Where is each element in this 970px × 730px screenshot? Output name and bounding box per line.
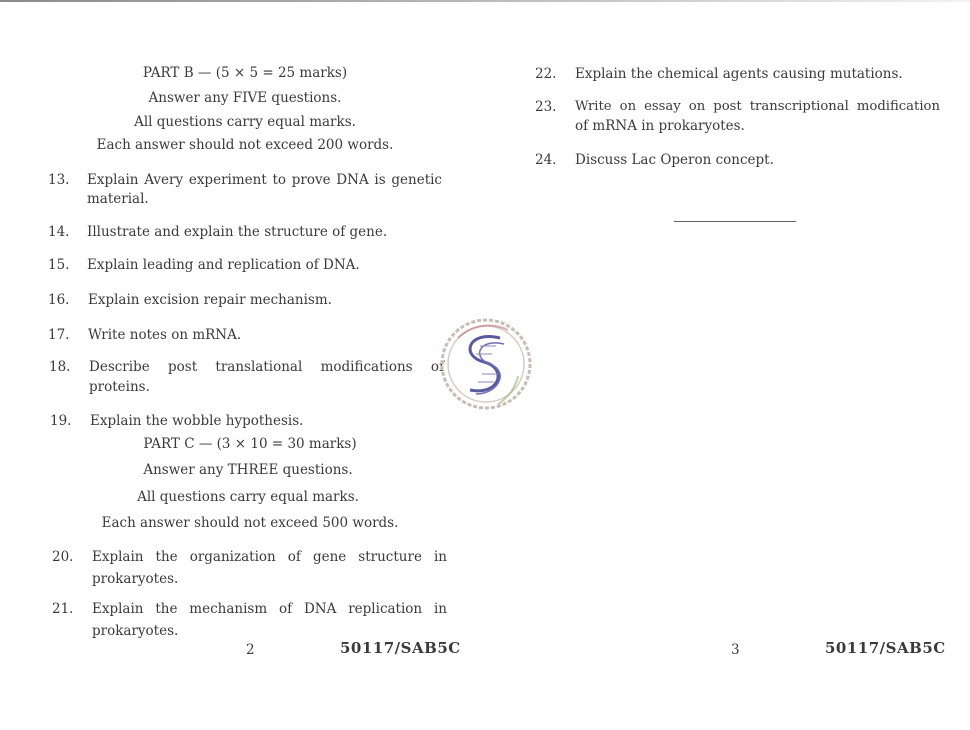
question-14: 14. Illustrate and explain the structure…	[48, 223, 448, 241]
question-text-cont: prokaryotes.	[92, 622, 447, 640]
part-c-instruction-2: All questions carry equal marks.	[98, 489, 398, 505]
question-text: Explain the wobble hypothesis.	[90, 412, 445, 430]
paper-code-right: 50117/SAB5C	[825, 639, 946, 657]
question-text: Explain the mechanism of DNA replication…	[92, 600, 447, 618]
question-text-cont: material.	[87, 190, 442, 208]
question-text: Describe post translational modification…	[89, 358, 444, 376]
question-17: 17. Write notes on mRNA.	[48, 326, 448, 344]
dna-helix-seal-icon	[438, 316, 534, 412]
part-b-heading: PART B — (5 × 5 = 25 marks)	[95, 65, 395, 81]
question-text: Explain Avery experiment to prove DNA is…	[87, 171, 442, 189]
page-number-right: 3	[731, 642, 740, 658]
question-text-cont: of mRNA in prokaryotes.	[575, 117, 940, 135]
part-b-instruction-2: All questions carry equal marks.	[95, 114, 395, 130]
question-number: 13.	[48, 171, 69, 189]
question-number: 14.	[48, 223, 69, 241]
question-24: 24. Discuss Lac Operon concept.	[535, 151, 945, 169]
page-number-left: 2	[246, 642, 255, 658]
question-23: 23. Write on essay on post transcription…	[535, 98, 945, 134]
question-20: 20. Explain the organization of gene str…	[52, 548, 452, 584]
part-c-instruction-1: Answer any THREE questions.	[98, 462, 398, 478]
question-number: 17.	[48, 326, 69, 344]
part-b-instruction-3: Each answer should not exceed 200 words.	[95, 137, 395, 153]
scan-edge	[0, 0, 970, 2]
question-text: Write notes on mRNA.	[88, 326, 443, 344]
question-text: Discuss Lac Operon concept.	[575, 151, 940, 169]
question-number: 19.	[50, 412, 71, 430]
question-number: 21.	[52, 600, 73, 618]
paper-code-left: 50117/SAB5C	[340, 639, 461, 657]
part-c-instruction-3: Each answer should not exceed 500 words.	[100, 515, 400, 531]
part-c-heading: PART C — (3 × 10 = 30 marks)	[100, 436, 400, 452]
question-number: 18.	[49, 358, 70, 376]
question-21: 21. Explain the mechanism of DNA replica…	[52, 600, 452, 636]
question-18: 18. Describe post translational modifica…	[49, 358, 449, 394]
question-number: 16.	[48, 291, 69, 309]
question-text: Explain the organization of gene structu…	[92, 548, 447, 566]
question-text: Explain excision repair mechanism.	[88, 291, 443, 309]
question-text: Write on essay on post transcriptional m…	[575, 98, 940, 116]
question-22: 22. Explain the chemical agents causing …	[535, 65, 945, 83]
question-16: 16. Explain excision repair mechanism.	[48, 291, 448, 309]
question-number: 22.	[535, 65, 556, 83]
question-text: Illustrate and explain the structure of …	[87, 223, 442, 241]
question-text: Explain leading and replication of DNA.	[87, 256, 442, 274]
question-number: 23.	[535, 98, 556, 116]
end-of-paper-rule	[674, 221, 796, 222]
question-number: 15.	[48, 256, 69, 274]
question-text: Explain the chemical agents causing muta…	[575, 65, 940, 83]
question-13: 13. Explain Avery experiment to prove DN…	[48, 171, 448, 207]
part-b-instruction-1: Answer any FIVE questions.	[95, 90, 395, 106]
question-number: 24.	[535, 151, 556, 169]
question-text-cont: proteins.	[89, 378, 444, 396]
question-19: 19. Explain the wobble hypothesis.	[50, 412, 450, 430]
question-15: 15. Explain leading and replication of D…	[48, 256, 448, 274]
question-number: 20.	[52, 548, 73, 566]
question-text-cont: prokaryotes.	[92, 570, 447, 588]
